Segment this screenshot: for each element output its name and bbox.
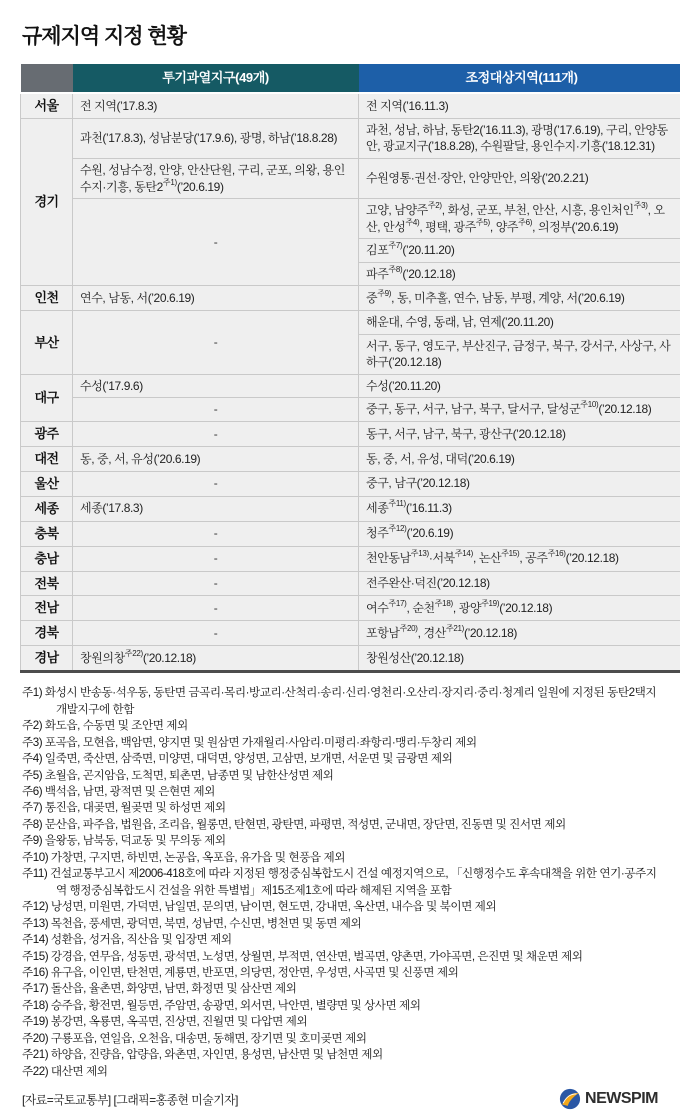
footnote-item: 주3) 포곡읍, 모현읍, 백암면, 양지면 및 원삼면 가재월리·사암리·미평… xyxy=(22,735,660,751)
regulation-table: 투기과열지구(49개) 조정대상지역(111개) 서울전 지역(’17.8.3)… xyxy=(20,64,680,673)
column-header-overheated: 투기과열지구(49개) xyxy=(73,64,359,93)
footer: [자료=국토교통부] [그래픽=홍종현 미술기자] NEWSPIM xyxy=(20,1088,660,1110)
footnote-item: 주12) 낭성면, 미원면, 가덕면, 남일면, 문의면, 남이면, 현도면, … xyxy=(22,899,660,915)
footnote-item: 주1) 화성시 반송동·석우동, 동탄면 금곡리·목리·방교리·산척리·송리·신… xyxy=(22,685,660,718)
table-row: 대구수성(’17.9.6)수성(’20.11.20) xyxy=(21,374,680,398)
table-row: 세종세종(’17.8.3)세종주11)(’16.11.3) xyxy=(21,496,680,521)
footnote-item: 주2) 화도읍, 수동면 및 조안면 제외 xyxy=(22,718,660,734)
newspim-logo: NEWSPIM xyxy=(559,1088,658,1110)
table-row: 부산-해운대, 수영, 동래, 남, 연제(’20.11.20) xyxy=(21,311,680,335)
overheated-cell: - xyxy=(73,311,359,375)
footnote-item: 주6) 백석읍, 남면, 광적면 및 은현면 제외 xyxy=(22,784,660,800)
source-note: [자료=국토교통부] [그래픽=홍종현 미술기자] xyxy=(22,1091,238,1108)
table-row: 서울전 지역(’17.8.3)전 지역(’16.11.3) xyxy=(21,93,680,118)
footnotes: 주1) 화성시 반송동·석우동, 동탄면 금곡리·목리·방교리·산척리·송리·신… xyxy=(22,685,660,1080)
table-row: 광주-동구, 서구, 남구, 북구, 광산구(’20.12.18) xyxy=(21,421,680,446)
table-row: 충북-청주주12)(’20.6.19) xyxy=(21,521,680,546)
footnote-item: 주18) 승주읍, 황전면, 월등면, 주암면, 송광면, 외서면, 낙안면, … xyxy=(22,998,660,1014)
newspim-logo-text: NEWSPIM xyxy=(585,1090,658,1108)
footnote-item: 주14) 성환읍, 성거읍, 직산읍 및 입장면 제외 xyxy=(22,932,660,948)
overheated-cell: 수성(’17.9.6) xyxy=(73,374,359,398)
overheated-cell: 연수, 남동, 서(’20.6.19) xyxy=(73,286,359,311)
table-row: 경남창원의창주22)(’20.12.18)창원성산(’20.12.18) xyxy=(21,646,680,672)
adjustment-cell: 파주주8)(’20.12.18) xyxy=(359,262,680,286)
footnote-item: 주10) 가창면, 구지면, 하빈면, 논공읍, 옥포읍, 유가읍 및 현풍읍 … xyxy=(22,850,660,866)
region-label: 전남 xyxy=(21,596,73,621)
page-title: 규제지역 지정 현황 xyxy=(22,20,660,50)
overheated-cell: - xyxy=(73,471,359,496)
overheated-cell: - xyxy=(73,571,359,596)
overheated-cell: 과천(’17.8.3), 성남분당(’17.9.6), 광명, 하남(’18.8… xyxy=(73,118,359,158)
adjustment-cell: 포항남주20), 경산주21)(’20.12.18) xyxy=(359,621,680,646)
adjustment-cell: 중구, 남구(’20.12.18) xyxy=(359,471,680,496)
overheated-cell: - xyxy=(73,199,359,286)
region-label: 경기 xyxy=(21,118,73,285)
overheated-cell: 세종(’17.8.3) xyxy=(73,496,359,521)
footnote-item: 주13) 목천읍, 풍세면, 광덕면, 북면, 성남면, 수신면, 병천면 및 … xyxy=(22,916,660,932)
region-label: 인천 xyxy=(21,286,73,311)
adjustment-cell: 동, 중, 서, 유성, 대덕(’20.6.19) xyxy=(359,446,680,471)
adjustment-cell: 천안동남주13)·서북주14), 논산주15), 공주주16)(’20.12.1… xyxy=(359,546,680,571)
region-label: 경남 xyxy=(21,646,73,672)
table-row: 충남-천안동남주13)·서북주14), 논산주15), 공주주16)(’20.1… xyxy=(21,546,680,571)
table-body: 서울전 지역(’17.8.3)전 지역(’16.11.3)경기과천(’17.8.… xyxy=(21,93,680,672)
adjustment-cell: 수원영통·권선·장안, 안양만안, 의왕(’20.2.21) xyxy=(359,158,680,198)
region-label: 충북 xyxy=(21,521,73,546)
adjustment-cell: 수성(’20.11.20) xyxy=(359,374,680,398)
footnote-item: 주21) 하양읍, 진량읍, 압량읍, 와촌면, 자인면, 용성면, 남산면 및… xyxy=(22,1047,660,1063)
overheated-cell: 동, 중, 서, 유성(’20.6.19) xyxy=(73,446,359,471)
table-row: 경북-포항남주20), 경산주21)(’20.12.18) xyxy=(21,621,680,646)
adjustment-cell: 전주완산·덕진(’20.12.18) xyxy=(359,571,680,596)
region-label: 대구 xyxy=(21,374,73,421)
region-label: 경북 xyxy=(21,621,73,646)
footnote-item: 주9) 을왕동, 남북동, 덕교동 및 무의동 제외 xyxy=(22,833,660,849)
overheated-cell: - xyxy=(73,421,359,446)
table-row: 인천연수, 남동, 서(’20.6.19)중주9), 동, 미추홀, 연수, 남… xyxy=(21,286,680,311)
overheated-cell: 전 지역(’17.8.3) xyxy=(73,93,359,118)
footnote-item: 주16) 유구읍, 이인면, 탄천면, 계룡면, 반포면, 의당면, 정안면, … xyxy=(22,965,660,981)
region-label: 울산 xyxy=(21,471,73,496)
footnote-item: 주7) 통진읍, 대곶면, 월곶면 및 하성면 제외 xyxy=(22,800,660,816)
adjustment-cell: 동구, 서구, 남구, 북구, 광산구(’20.12.18) xyxy=(359,421,680,446)
adjustment-cell: 중주9), 동, 미추홀, 연수, 남동, 부평, 계양, 서(’20.6.19… xyxy=(359,286,680,311)
adjustment-cell: 해운대, 수영, 동래, 남, 연제(’20.11.20) xyxy=(359,311,680,335)
adjustment-cell: 서구, 동구, 영도구, 부산진구, 금정구, 북구, 강서구, 사상구, 사하… xyxy=(359,334,680,374)
table-row: 울산-중구, 남구(’20.12.18) xyxy=(21,471,680,496)
table-header: 투기과열지구(49개) 조정대상지역(111개) xyxy=(21,64,680,93)
footnote-item: 주15) 강경읍, 연무읍, 성동면, 광석면, 노성면, 상월면, 부적면, … xyxy=(22,949,660,965)
overheated-cell: - xyxy=(73,621,359,646)
newspim-globe-icon xyxy=(559,1088,581,1110)
adjustment-cell: 고양, 남양주주2), 화성, 군포, 부천, 안산, 시흥, 용인처인주3),… xyxy=(359,199,680,239)
region-label: 광주 xyxy=(21,421,73,446)
infographic: 규제지역 지정 현황 투기과열지구(49개) 조정대상지역(111개) 서울전 … xyxy=(0,0,680,1120)
overheated-cell: - xyxy=(73,596,359,621)
header-row: 투기과열지구(49개) 조정대상지역(111개) xyxy=(21,64,680,93)
adjustment-cell: 청주주12)(’20.6.19) xyxy=(359,521,680,546)
adjustment-cell: 중구, 동구, 서구, 남구, 북구, 달서구, 달성군주10)(’20.12.… xyxy=(359,398,680,422)
region-label: 대전 xyxy=(21,446,73,471)
table-row: 전북-전주완산·덕진(’20.12.18) xyxy=(21,571,680,596)
footnote-item: 주8) 문산읍, 파주읍, 법원읍, 조리읍, 월롱면, 탄현면, 광탄면, 파… xyxy=(22,817,660,833)
region-label: 부산 xyxy=(21,311,73,375)
overheated-cell: - xyxy=(73,546,359,571)
table-row: 전남-여수주17), 순천주18), 광양주19)(’20.12.18) xyxy=(21,596,680,621)
table-row: 경기과천(’17.8.3), 성남분당(’17.9.6), 광명, 하남(’18… xyxy=(21,118,680,158)
corner-header-cell xyxy=(21,64,73,93)
table-row: 대전동, 중, 서, 유성(’20.6.19)동, 중, 서, 유성, 대덕(’… xyxy=(21,446,680,471)
footnote-item: 주4) 일죽면, 죽산면, 삼죽면, 미양면, 대덕면, 양성면, 고삼면, 보… xyxy=(22,751,660,767)
region-label: 서울 xyxy=(21,93,73,118)
table-row: -중구, 동구, 서구, 남구, 북구, 달서구, 달성군주10)(’20.12… xyxy=(21,398,680,422)
footnote-item: 주20) 구룡포읍, 연일읍, 오천읍, 대송면, 동해면, 장기면 및 호미곶… xyxy=(22,1031,660,1047)
region-label: 충남 xyxy=(21,546,73,571)
footnote-item: 주19) 봉강면, 옥룡면, 옥곡면, 진상면, 진월면 및 다압면 제외 xyxy=(22,1014,660,1030)
adjustment-cell: 과천, 성남, 하남, 동탄2(’16.11.3), 광명(’17.6.19),… xyxy=(359,118,680,158)
overheated-cell: - xyxy=(73,398,359,422)
overheated-cell: 창원의창주22)(’20.12.18) xyxy=(73,646,359,672)
adjustment-cell: 전 지역(’16.11.3) xyxy=(359,93,680,118)
adjustment-cell: 창원성산(’20.12.18) xyxy=(359,646,680,672)
footnote-item: 주22) 대산면 제외 xyxy=(22,1064,660,1080)
region-label: 세종 xyxy=(21,496,73,521)
column-header-adjustment: 조정대상지역(111개) xyxy=(359,64,680,93)
footnote-item: 주17) 돌산읍, 율촌면, 화양면, 남면, 화정면 및 삼산면 제외 xyxy=(22,981,660,997)
table-row: -고양, 남양주주2), 화성, 군포, 부천, 안산, 시흥, 용인처인주3)… xyxy=(21,199,680,239)
footnote-item: 주5) 초월읍, 곤지암읍, 도척면, 퇴촌면, 남종면 및 남한산성면 제외 xyxy=(22,768,660,784)
adjustment-cell: 세종주11)(’16.11.3) xyxy=(359,496,680,521)
table-row: 수원, 성남수정, 안양, 안산단원, 구리, 군포, 의왕, 용인수지·기흥,… xyxy=(21,158,680,198)
overheated-cell: 수원, 성남수정, 안양, 안산단원, 구리, 군포, 의왕, 용인수지·기흥,… xyxy=(73,158,359,198)
footnote-item: 주11) 건설교통부고시 제2006-418호에 따라 지정된 행정중심복합도시… xyxy=(22,866,660,899)
adjustment-cell: 김포주7)(’20.11.20) xyxy=(359,239,680,263)
region-label: 전북 xyxy=(21,571,73,596)
overheated-cell: - xyxy=(73,521,359,546)
adjustment-cell: 여수주17), 순천주18), 광양주19)(’20.12.18) xyxy=(359,596,680,621)
